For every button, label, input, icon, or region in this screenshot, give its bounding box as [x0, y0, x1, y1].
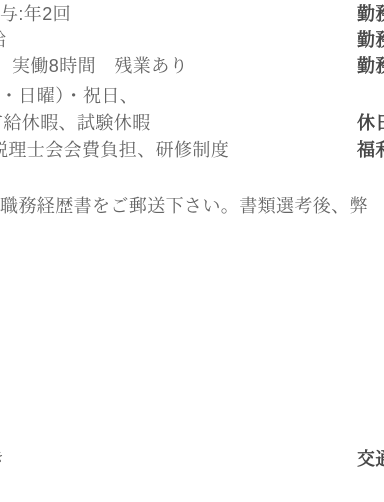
row-content: 給休暇、試験休暇	[3, 111, 150, 135]
row-content: 与:年2回	[0, 2, 71, 26]
row-label: 交通	[357, 447, 384, 471]
table-row: 実働8時間 残業あり 勤務	[0, 54, 384, 78]
row-content: ・日曜）・祝日、	[0, 84, 138, 108]
table-row: 税理士会会費負担、研修制度 福利	[0, 138, 384, 162]
table-row: 与:年2回 勤務	[0, 2, 384, 26]
table-row: ・日曜）・祝日、	[0, 84, 384, 108]
row-content: 実働8時間 残業あり	[12, 54, 188, 78]
row-label: 勤務	[357, 54, 384, 78]
job-detail-fragment: 与:年2回 勤務 給 勤務 実働8時間 残業あり 勤務 ・日曜）・祝日、 有給休…	[0, 0, 384, 502]
table-row: き 交通	[0, 447, 384, 471]
table-row: 給 勤務	[0, 28, 384, 52]
clipped-character: き	[0, 447, 5, 471]
application-instructions: 職務経歴書をご郵送下さい。書類選考後、弊	[0, 194, 384, 218]
clipped-character: 給	[0, 28, 6, 52]
clipped-character: 税	[0, 138, 8, 162]
row-label: 勤務	[357, 28, 384, 52]
row-content: 理士会会費負担、研修制度	[8, 138, 229, 162]
table-row: 有給休暇、試験休暇 休日	[0, 111, 384, 135]
row-label: 勤務	[357, 2, 384, 26]
row-label: 福利	[357, 138, 384, 162]
row-label: 休日	[357, 111, 384, 135]
